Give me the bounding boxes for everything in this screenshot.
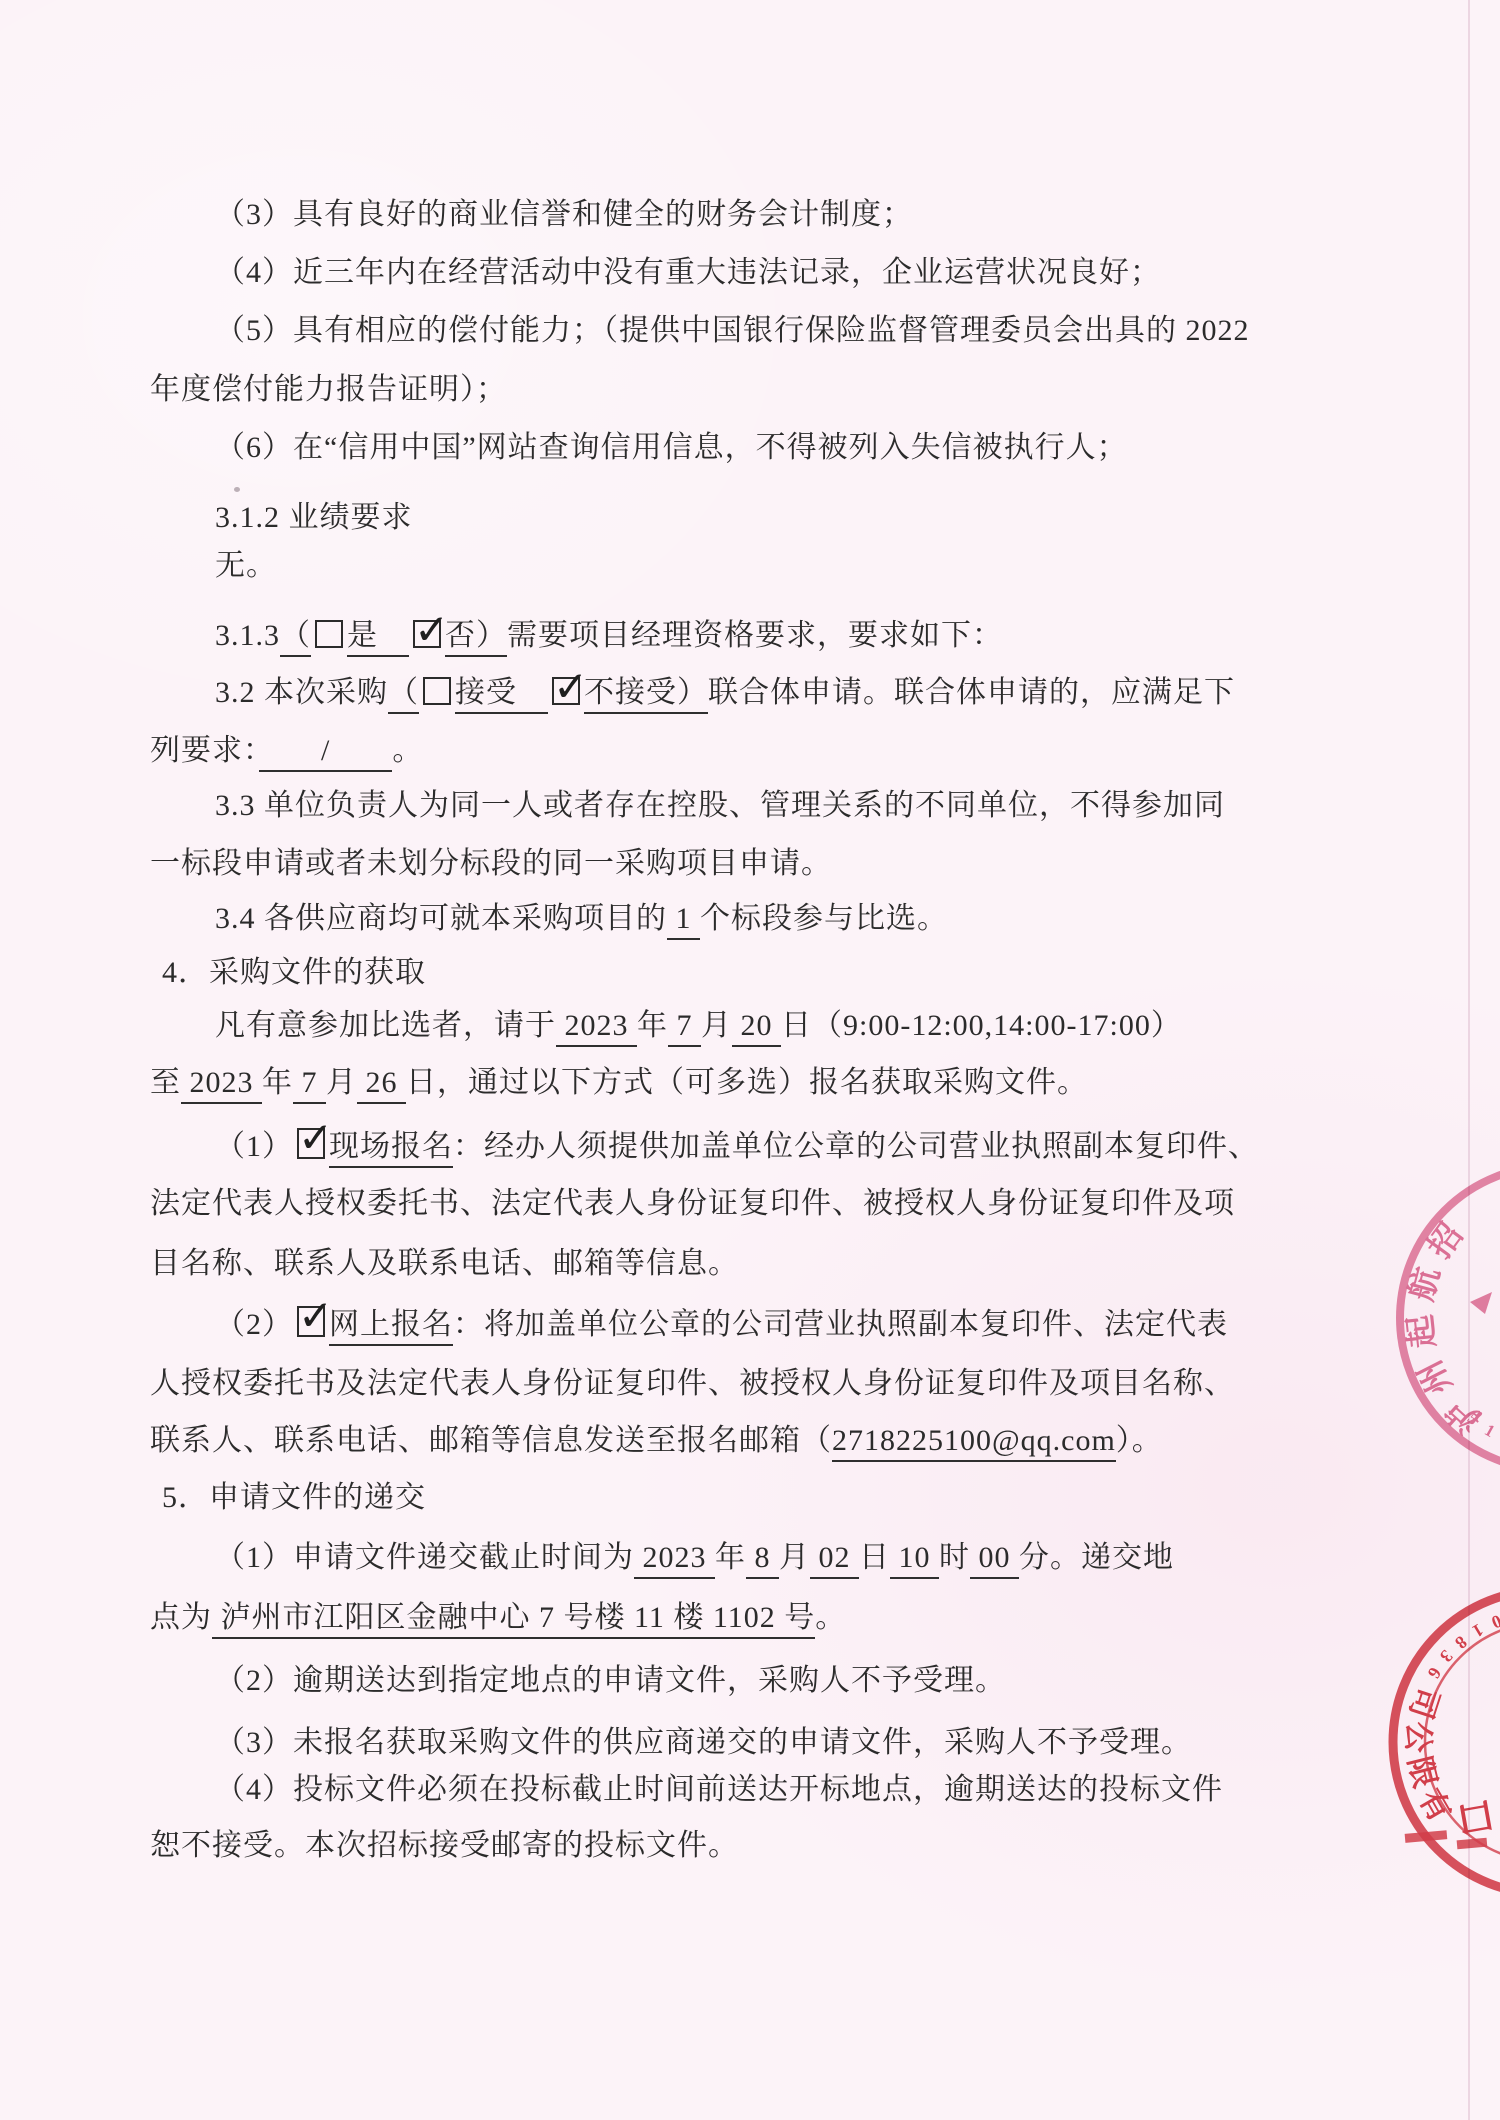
- text-run: 5．申请文件的递交: [162, 1481, 426, 1514]
- text-run: 时: [939, 1541, 970, 1574]
- text-run: 无。: [215, 549, 277, 582]
- svg-text:5: 5: [1464, 1409, 1482, 1429]
- text-run: 年: [715, 1541, 746, 1574]
- doc-line: （2）逾期送达到指定地点的申请文件，采购人不予受理。: [215, 1663, 1006, 1699]
- text-run: （2）: [215, 1308, 293, 1341]
- text-run: 个标段参与比选。: [700, 902, 948, 935]
- text-run: 分。递交地: [1019, 1541, 1174, 1574]
- text-run: ）。: [1116, 1424, 1163, 1457]
- svg-text:1: 1: [1481, 1420, 1498, 1441]
- underlined-text: （: [280, 619, 311, 657]
- doc-line: 年度偿付能力报告证明）；: [150, 372, 507, 408]
- text-run: 3.2 本次采购: [215, 676, 388, 709]
- text-run: 目名称、联系人及联系电话、邮箱等信息。: [150, 1247, 739, 1280]
- underlined-text: /: [259, 734, 392, 772]
- text-run: 。: [815, 1601, 846, 1634]
- checkbox-empty-icon: [315, 620, 343, 648]
- doc-line: 3.4 各供应商均可就本采购项目的 1 个标段参与比选。: [215, 901, 948, 937]
- underlined-text: 否）: [445, 619, 507, 657]
- doc-line: 3.3 单位负责人为同一人或者存在控股、管理关系的不同单位，不得参加同: [215, 788, 1225, 824]
- doc-line: （4）投标文件必须在投标截止时间前送达开标地点，逾期送达的投标文件: [215, 1772, 1223, 1808]
- doc-line: 列要求： / 。: [150, 733, 423, 769]
- text-run: （4）投标文件必须在投标截止时间前送达开标地点，逾期送达的投标文件: [215, 1773, 1223, 1806]
- underlined-text: 2023: [634, 1541, 715, 1579]
- underlined-text: 不接受）: [584, 676, 708, 714]
- underlined-text: 7: [668, 1009, 701, 1047]
- doc-line: 法定代表人授权委托书、法定代表人身份证复印件、被授权人身份证复印件及项: [150, 1186, 1235, 1222]
- doc-line: 一标段申请或者未划分标段的同一采购项目申请。: [150, 846, 832, 882]
- underlined-text: 8: [746, 1541, 779, 1579]
- underlined-text: 1: [667, 902, 700, 940]
- text-run: 凡有意参加比选者，请于: [215, 1009, 556, 1042]
- doc-line: 3.1.2 业绩要求: [215, 500, 413, 536]
- doc-line: 无。: [215, 548, 277, 584]
- doc-line: （5）具有相应的偿付能力；（提供中国银行保险监督管理委员会出具的 2022: [215, 313, 1250, 349]
- underlined-text: 2718225100@qq.com: [832, 1424, 1116, 1462]
- checkbox-checked-icon: [297, 1306, 325, 1337]
- doc-line: 4．采购文件的获取: [162, 955, 426, 991]
- svg-text:泸: 泸: [1439, 1390, 1488, 1440]
- svg-text:起: 起: [1402, 1313, 1442, 1350]
- doc-line: 目名称、联系人及联系电话、邮箱等信息。: [150, 1246, 739, 1282]
- doc-line: （3）具有良好的商业信誉和健全的财务会计制度；: [215, 197, 913, 233]
- text-run: 月: [701, 1009, 732, 1042]
- doc-line: （1）申请文件递交截止时间为 2023 年 8 月 02 日 10 时 00 分…: [215, 1540, 1174, 1576]
- text-run: 联系人、联系电话、邮箱等信息发送至报名邮箱（: [150, 1424, 832, 1457]
- doc-line: 3.1.3（是 否）需要项目经理资格要求，要求如下：: [215, 618, 1003, 654]
- text-run: 。: [392, 734, 423, 767]
- text-run: 联合体申请。联合体申请的，应满足下: [708, 676, 1235, 709]
- text-run: 4．采购文件的获取: [162, 956, 426, 989]
- text-run: 年: [637, 1009, 668, 1042]
- text-run: （5）具有相应的偿付能力；（提供中国银行保险监督管理委员会出具的 2022: [215, 314, 1250, 347]
- text-run: 一标段申请或者未划分标段的同一采购项目申请。: [150, 847, 832, 880]
- text-run: 3.4 各供应商均可就本采购项目的: [215, 902, 667, 935]
- underlined-text: 26: [357, 1066, 406, 1104]
- underlined-text: 02: [810, 1541, 859, 1579]
- text-run: 月: [779, 1541, 810, 1574]
- underlined-text: 2023: [556, 1009, 637, 1047]
- underlined-text: 现场报名: [329, 1130, 453, 1168]
- text-run: （3）未报名获取采购文件的供应商递交的申请文件，采购人不予受理。: [215, 1726, 1192, 1759]
- underlined-text: 泸州市江阳区金融中心 7 号楼 11 楼 1102 号: [212, 1601, 815, 1639]
- underlined-text: 7: [293, 1066, 326, 1104]
- svg-text:州: 州: [1412, 1354, 1459, 1400]
- text-run: 月: [326, 1066, 357, 1099]
- svg-text:限: 限: [1402, 1753, 1443, 1792]
- text-run: ：将加盖单位公章的公司营业执照副本复印件、法定代表: [453, 1308, 1228, 1341]
- text-run: 法定代表人授权委托书、法定代表人身份证复印件、被授权人身份证复印件及项: [150, 1187, 1235, 1220]
- company-seal-lower-icon: 63810052司公限有口: [1355, 1578, 1500, 1918]
- text-run: （2）逾期送达到指定地点的申请文件，采购人不予受理。: [215, 1664, 1006, 1697]
- scan-speck-artifact: [234, 487, 240, 492]
- text-run: 日，通过以下方式（可多选）报名获取采购文件。: [406, 1066, 1088, 1099]
- svg-text:招: 招: [1421, 1217, 1470, 1265]
- svg-text:6: 6: [1424, 1664, 1446, 1682]
- text-run: 3.1.3: [215, 619, 280, 652]
- text-run: 年度偿付能力报告证明）；: [150, 373, 507, 406]
- text-run: 恕不接受。本次招标接受邮寄的投标文件。: [150, 1829, 739, 1862]
- checkbox-checked-icon: [297, 1128, 325, 1159]
- text-run: 3.3 单位负责人为同一人或者存在控股、管理关系的不同单位，不得参加同: [215, 789, 1225, 822]
- underlined-text: 网上报名: [329, 1308, 453, 1346]
- text-run: （1）: [215, 1130, 293, 1163]
- scanned-document-page: （3）具有良好的商业信誉和健全的财务会计制度；（4）近三年内在经营活动中没有重大…: [0, 0, 1500, 2120]
- doc-line: 凡有意参加比选者，请于 2023 年 7 月 20 日（9:00-12:00,1…: [215, 1008, 1182, 1044]
- text-run: （1）申请文件递交截止时间为: [215, 1541, 634, 1574]
- underlined-text: （: [388, 676, 419, 714]
- doc-line: （6）在“信用中国”网站查询信用信息，不得被列入失信被执行人；: [215, 430, 1128, 466]
- svg-text:3: 3: [1436, 1646, 1457, 1666]
- doc-line: （3）未报名获取采购文件的供应商递交的申请文件，采购人不予受理。: [215, 1725, 1192, 1761]
- checkbox-checked-icon: [552, 677, 580, 705]
- underlined-text: 00: [970, 1541, 1019, 1579]
- text-run: 需要项目经理资格要求，要求如下：: [507, 619, 1003, 652]
- text-run: 点为: [150, 1601, 212, 1634]
- checkbox-empty-icon: [423, 677, 451, 705]
- svg-text:0: 0: [1489, 1611, 1500, 1633]
- svg-text:有: 有: [1412, 1783, 1458, 1827]
- doc-line: （4）近三年内在经营活动中没有重大违法记录，企业运营状况良好；: [215, 255, 1161, 291]
- underlined-text: 20: [732, 1009, 781, 1047]
- underlined-text: 10: [890, 1541, 939, 1579]
- doc-line: 5．申请文件的递交: [162, 1480, 426, 1516]
- text-run: （4）近三年内在经营活动中没有重大违法记录，企业运营状况良好；: [215, 256, 1161, 289]
- text-run: （3）具有良好的商业信誉和健全的财务会计制度；: [215, 198, 913, 231]
- svg-text:口: 口: [1453, 1792, 1498, 1840]
- doc-line: 点为 泸州市江阳区金融中心 7 号楼 11 楼 1102 号。: [150, 1600, 846, 1636]
- doc-line: （2）网上报名：将加盖单位公章的公司营业执照副本复印件、法定代表: [215, 1306, 1228, 1343]
- text-run: 3.1.2 业绩要求: [215, 501, 413, 534]
- doc-line: 联系人、联系电话、邮箱等信息发送至报名邮箱（2718225100@qq.com）…: [150, 1423, 1163, 1459]
- company-seal-upper-icon: 泸州起航招5105: [1380, 1155, 1500, 1485]
- svg-text:公: 公: [1400, 1721, 1436, 1753]
- svg-text:航: 航: [1403, 1264, 1447, 1305]
- underlined-text: 2023: [181, 1066, 262, 1104]
- checkbox-checked-icon: [413, 620, 441, 648]
- text-run: （6）在“信用中国”网站查询信用信息，不得被列入失信被执行人；: [215, 431, 1128, 464]
- doc-line: 3.2 本次采购（接受 不接受）联合体申请。联合体申请的，应满足下: [215, 675, 1235, 711]
- text-run: 列要求：: [150, 734, 259, 767]
- text-run: 人授权委托书及法定代表人身份证复印件、被授权人身份证复印件及项目名称、: [150, 1367, 1235, 1400]
- text-run: 至: [150, 1066, 181, 1099]
- scan-edge-line: [1468, 0, 1470, 2120]
- doc-line: 至 2023 年 7 月 26 日，通过以下方式（可多选）报名获取采购文件。: [150, 1065, 1088, 1101]
- svg-text:1: 1: [1469, 1620, 1487, 1642]
- doc-line: 人授权委托书及法定代表人身份证复印件、被授权人身份证复印件及项目名称、: [150, 1366, 1235, 1402]
- underlined-text: 接受: [455, 676, 548, 714]
- underlined-text: 是: [347, 619, 409, 657]
- text-run: 日（9:00-12:00,14:00-17:00）: [781, 1009, 1182, 1042]
- doc-line: （1）现场报名：经办人须提供加盖单位公章的公司营业执照副本复印件、: [215, 1128, 1259, 1165]
- text-run: 年: [262, 1066, 293, 1099]
- doc-line: 恕不接受。本次招标接受邮寄的投标文件。: [150, 1828, 739, 1864]
- svg-text:司: 司: [1403, 1683, 1446, 1723]
- text-run: ：经办人须提供加盖单位公章的公司营业执照副本复印件、: [453, 1130, 1259, 1163]
- text-run: 日: [859, 1541, 890, 1574]
